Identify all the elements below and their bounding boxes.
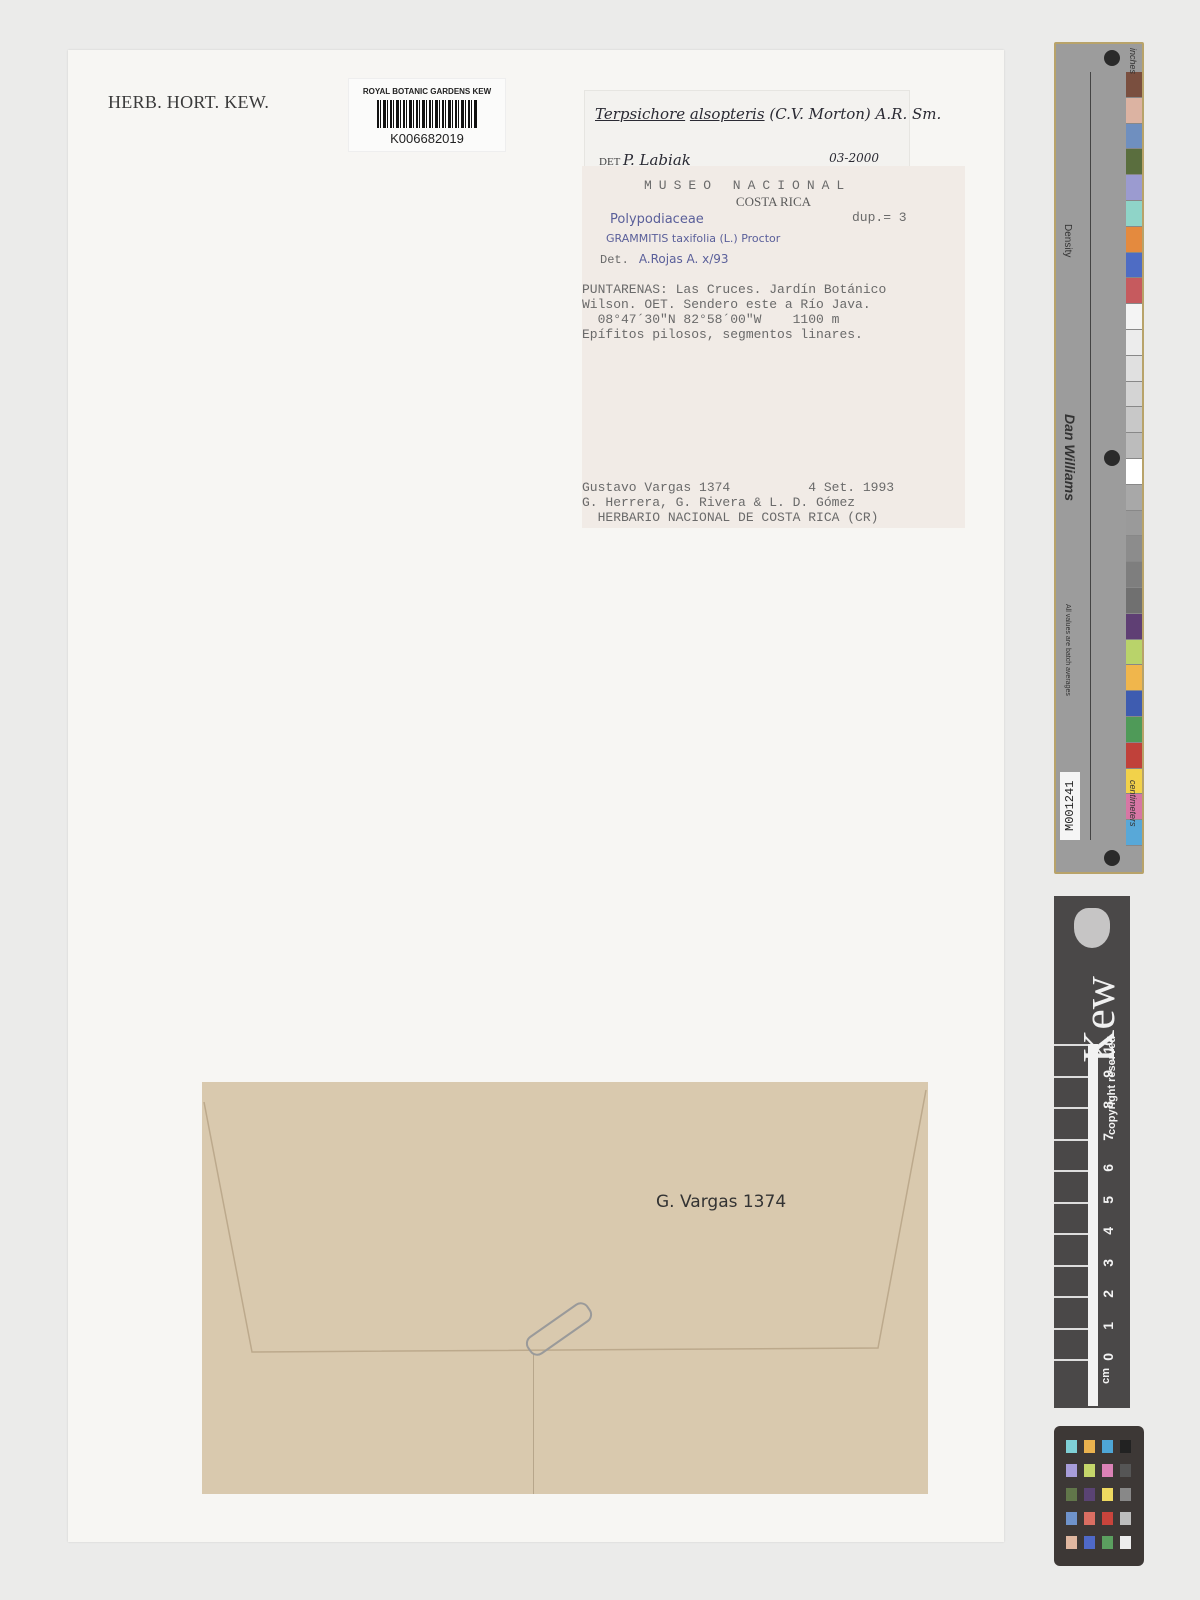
color-patch — [1126, 382, 1142, 408]
label-duplicates: dup.= 3 — [852, 210, 907, 225]
color-patch — [1126, 149, 1142, 175]
scale-tick — [1054, 1202, 1088, 1238]
color-patch — [1126, 330, 1142, 356]
color-patch — [1126, 691, 1142, 717]
scale-tick — [1054, 1328, 1088, 1364]
checker-patch — [1102, 1440, 1113, 1453]
color-patch — [1126, 511, 1142, 537]
checker-patch — [1102, 1512, 1113, 1525]
color-patch — [1126, 72, 1142, 98]
locality-line: PUNTARENAS: Las Cruces. Jardín Botánico — [582, 282, 886, 297]
color-patch — [1126, 356, 1142, 382]
scale-number: 1 — [1100, 1322, 1116, 1330]
crest-icon — [1074, 908, 1110, 948]
scale-tick — [1054, 1233, 1088, 1269]
color-patch — [1126, 588, 1142, 614]
scale-white-strip — [1088, 1044, 1098, 1406]
inches-label: inches — [1128, 48, 1138, 74]
collector-line: Gustavo Vargas 1374 4 Set. 1993 — [582, 480, 894, 495]
locality-line: Wilson. OET. Sendero este a Río Java. — [582, 297, 886, 312]
scale-number: 5 — [1100, 1196, 1116, 1204]
color-patch — [1126, 407, 1142, 433]
checker-patch — [1066, 1512, 1077, 1525]
checker-patch — [1066, 1440, 1077, 1453]
color-patch — [1126, 459, 1142, 485]
checker-patch — [1102, 1464, 1113, 1477]
scale-tick — [1054, 1076, 1088, 1112]
label-original-determiner: A.Rojas A. x/93 — [639, 252, 729, 266]
barcode-icon — [377, 100, 477, 128]
scale-number: 10 — [1100, 1038, 1116, 1054]
density-label: Density — [1062, 224, 1073, 257]
color-patch — [1126, 665, 1142, 691]
color-patch — [1126, 562, 1142, 588]
checker-patch — [1084, 1440, 1095, 1453]
checker-patch — [1066, 1464, 1077, 1477]
collection-label: MUSEO NACIONAL COSTA RICA Polypodiaceae … — [582, 166, 965, 528]
checker-patch — [1120, 1488, 1131, 1501]
color-patch — [1126, 640, 1142, 666]
scale-tick — [1054, 1044, 1088, 1080]
label-det-line: Det.A.Rojas A. x/93 — [600, 252, 729, 267]
scale-number: 4 — [1100, 1227, 1116, 1235]
scale-number: 3 — [1100, 1259, 1116, 1267]
taxon-epithet: alsopteris — [690, 105, 765, 123]
color-patch — [1126, 304, 1142, 330]
color-patch — [1126, 124, 1142, 150]
collector-line: G. Herrera, G. Rivera & L. D. Gómez — [582, 495, 894, 510]
color-patch — [1126, 201, 1142, 227]
checker-patch — [1084, 1488, 1095, 1501]
locality-line: Epífitos pilosos, segmentos linares. — [582, 327, 886, 342]
color-patch — [1126, 614, 1142, 640]
color-patch — [1126, 536, 1142, 562]
envelope-seam — [533, 1354, 534, 1494]
color-patch — [1126, 253, 1142, 279]
envelope-handwriting: G. Vargas 1374 — [656, 1192, 786, 1212]
checker-patch — [1102, 1536, 1113, 1549]
scale-number: 7 — [1100, 1133, 1116, 1141]
hole-icon — [1104, 50, 1120, 66]
scale-tick — [1054, 1107, 1088, 1143]
checker-patch — [1084, 1536, 1095, 1549]
label-det-prefix: Det. — [600, 253, 629, 267]
checker-patch — [1066, 1536, 1077, 1549]
label-country: COSTA RICA — [582, 194, 965, 210]
label-original-name: GRAMMITIS taxifolia (L.) Proctor — [606, 232, 780, 245]
barcode-institution: ROYAL BOTANIC GARDENS KEW — [349, 87, 505, 96]
scale-tick — [1054, 1139, 1088, 1175]
label-family: Polypodiaceae — [610, 212, 704, 227]
color-patch — [1126, 227, 1142, 253]
density-scale — [1090, 72, 1125, 840]
unit-label: cm — [1100, 1368, 1112, 1384]
label-collectors: Gustavo Vargas 1374 4 Set. 1993G. Herrer… — [582, 480, 894, 525]
color-patch — [1126, 175, 1142, 201]
checker-patch — [1120, 1536, 1131, 1549]
kew-scale-bar: Kew copyright reserved 012345678910 cm — [1054, 896, 1130, 1408]
checker-patch — [1120, 1512, 1131, 1525]
color-patch — [1126, 433, 1142, 459]
centimeters-label: centimeters — [1128, 780, 1138, 827]
checker-patch — [1084, 1464, 1095, 1477]
scale-number: 0 — [1100, 1353, 1116, 1361]
checker-patch — [1066, 1488, 1077, 1501]
checker-patch — [1084, 1512, 1095, 1525]
determined-taxon: Terpsichore alsopteris (C.V. Morton) A.R… — [595, 105, 941, 123]
color-patch — [1126, 717, 1142, 743]
checker-patch — [1120, 1440, 1131, 1453]
scale-tick — [1054, 1170, 1088, 1206]
herbarium-header: HERB. HORT. KEW. — [108, 92, 269, 113]
checker-patch — [1102, 1488, 1113, 1501]
brand-label: Dan Williams — [1062, 414, 1078, 501]
color-patch — [1126, 485, 1142, 511]
determination-date: 03-2000 — [829, 151, 879, 165]
batch-note: All values are batch averages — [1064, 604, 1071, 696]
taxon-genus: Terpsichore — [595, 105, 685, 123]
scale-number: 9 — [1100, 1070, 1116, 1078]
color-checker-card — [1054, 1426, 1144, 1566]
color-patch — [1126, 98, 1142, 124]
label-locality: PUNTARENAS: Las Cruces. Jardín BotánicoW… — [582, 282, 886, 342]
color-patch — [1126, 743, 1142, 769]
barcode-number: K006682019 — [349, 131, 505, 146]
taxon-authority: (C.V. Morton) A.R. Sm. — [769, 105, 941, 123]
determination-slip: Terpsichore alsopteris (C.V. Morton) A.R… — [584, 90, 910, 176]
scale-tick — [1054, 1265, 1088, 1301]
barcode-label: ROYAL BOTANIC GARDENS KEW K006682019 — [348, 78, 506, 152]
color-patches — [1126, 72, 1142, 846]
color-bar-id: M001241 — [1060, 772, 1080, 840]
scale-tick — [1054, 1359, 1088, 1395]
color-calibration-bar: inches centimeters Dan Williams Density … — [1054, 42, 1144, 874]
label-institution: MUSEO NACIONAL — [644, 178, 851, 193]
hole-icon — [1104, 850, 1120, 866]
locality-line: 08°47´30"N 82°58´00"W 1100 m — [582, 312, 886, 327]
checker-patch — [1120, 1464, 1131, 1477]
color-patch — [1126, 278, 1142, 304]
scale-number: 2 — [1100, 1290, 1116, 1298]
scale-number: 6 — [1100, 1164, 1116, 1172]
scale-ticks — [1054, 1044, 1088, 1406]
scale-number: 8 — [1100, 1101, 1116, 1109]
collector-line: HERBARIO NACIONAL DE COSTA RICA (CR) — [582, 510, 894, 525]
scale-tick — [1054, 1296, 1088, 1332]
